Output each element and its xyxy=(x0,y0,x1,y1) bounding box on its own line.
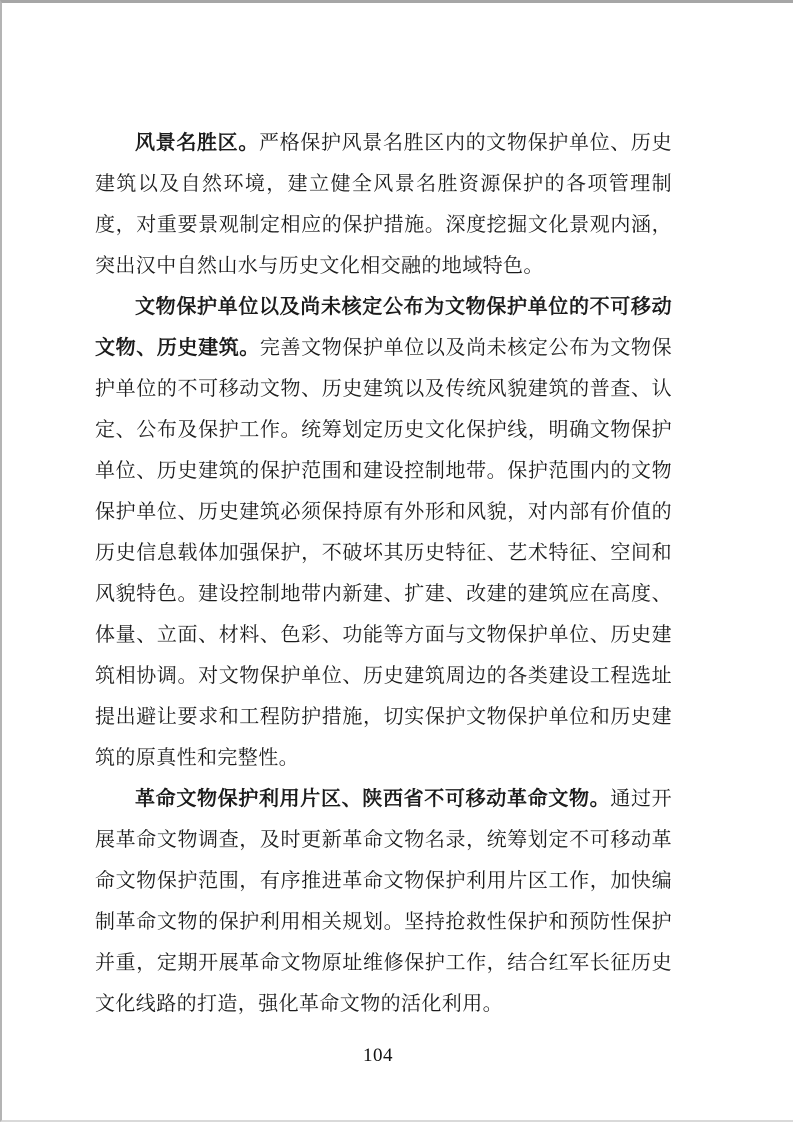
paragraph-revolutionary-relics: 革命文物保护利用片区、陕西省不可移动革命文物。通过开展革命文物调查，及时更新革命… xyxy=(95,779,672,1025)
paragraph-lead: 风景名胜区。 xyxy=(135,132,259,154)
page-body-text: 风景名胜区。严格保护风景名胜区内的文物保护单位、历史建筑以及自然环境，建立健全风… xyxy=(95,123,672,1025)
paragraph-body: 通过开展革命文物调查，及时更新革命文物名录，统筹划定不可移动革命文物保护范围，有… xyxy=(95,788,672,1015)
page-number: 104 xyxy=(342,1045,414,1067)
document-page: 风景名胜区。严格保护风景名胜区内的文物保护单位、历史建筑以及自然环境，建立健全风… xyxy=(0,0,793,1122)
paragraph-heritage-units: 文物保护单位以及尚未核定公布为文物保护单位的不可移动文物、历史建筑。完善文物保护… xyxy=(95,287,672,779)
paragraph-body: 完善文物保护单位以及尚未核定公布为文物保护单位的不可移动文物、历史建筑以及传统风… xyxy=(95,337,672,769)
paragraph-lead: 革命文物保护利用片区、陕西省不可移动革命文物。 xyxy=(135,788,610,810)
paragraph-scenic-areas: 风景名胜区。严格保护风景名胜区内的文物保护单位、历史建筑以及自然环境，建立健全风… xyxy=(95,123,672,287)
